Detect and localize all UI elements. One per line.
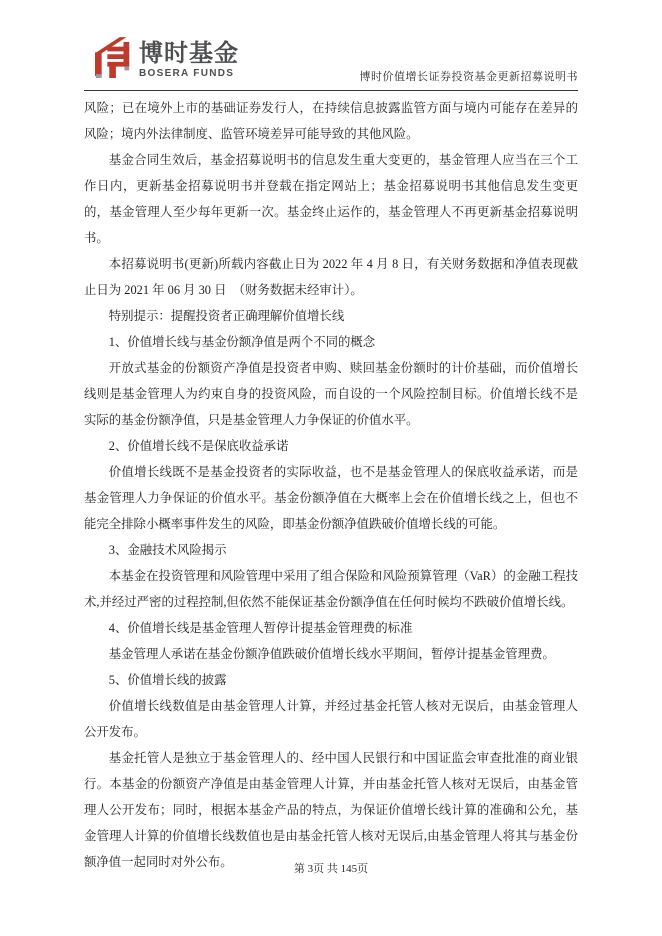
body-paragraph: 特别提示：提醒投资者正确理解价值增长线 <box>84 303 578 329</box>
brand-name-cn: 博时基金 <box>139 42 239 66</box>
document-page: 博时基金 BOSERA FUNDS 博时价值增长证券投资基金更新招募说明书 风险… <box>84 0 578 936</box>
bosera-seal-icon <box>95 36 133 82</box>
body-paragraph: 价值增长线既不是基金投资者的实际收益，也不是基金管理人的保底收益承诺，而是基金管… <box>84 459 578 537</box>
page-number: 第 3页 共 145页 <box>294 863 368 875</box>
brand-name-en: BOSERA FUNDS <box>139 69 239 79</box>
body-paragraph: 基金托管人是独立于基金管理人的、经中国人民银行和中国证监会审查批准的商业银行。本… <box>84 745 578 875</box>
document-title: 博时价值增长证券投资基金更新招募说明书 <box>360 68 579 84</box>
body-paragraph: 开放式基金的份额资产净值是投资者申购、赎回基金份额时的计价基础，而价值增长线则是… <box>84 355 578 433</box>
body-paragraph: 价值增长线数值是由基金管理人计算，并经过基金托管人核对无误后，由基金管理人公开发… <box>84 693 578 745</box>
body-paragraph: 4、价值增长线是基金管理人暂停计提基金管理费的标准 <box>84 615 578 641</box>
body-paragraph: 基金合同生效后，基金招募说明书的信息发生重大变更的，基金管理人应当在三个工作日内… <box>84 147 578 251</box>
body-paragraph: 基金管理人承诺在基金份额净值跌破价值增长线水平期间，暂停计提基金管理费。 <box>84 641 578 667</box>
body-paragraph: 本招募说明书(更新)所载内容截止日为 2022 年 4 月 8 日，有关财务数据… <box>84 251 578 303</box>
body-paragraph: 5、价值增长线的披露 <box>84 667 578 693</box>
body-paragraph: 2、价值增长线不是保底收益承诺 <box>84 433 578 459</box>
body-paragraph: 1、价值增长线与基金份额净值是两个不同的概念 <box>84 329 578 355</box>
page-footer: 第 3页 共 145页 <box>84 860 578 876</box>
body-paragraph: 风险；已在境外上市的基础证券发行人，在持续信息披露监管方面与境内可能存在差异的风… <box>84 95 578 147</box>
document-body: 风险；已在境外上市的基础证券发行人，在持续信息披露监管方面与境内可能存在差异的风… <box>84 95 578 875</box>
brand-text: 博时基金 BOSERA FUNDS <box>139 36 239 79</box>
bosera-logo: 博时基金 BOSERA FUNDS <box>95 36 239 82</box>
body-paragraph: 本基金在投资管理和风险管理中采用了组合保险和风险预算管理（VaR）的金融工程技术… <box>84 563 578 615</box>
page-header: 博时基金 BOSERA FUNDS 博时价值增长证券投资基金更新招募说明书 <box>84 0 578 91</box>
body-paragraph: 3、金融技术风险揭示 <box>84 537 578 563</box>
